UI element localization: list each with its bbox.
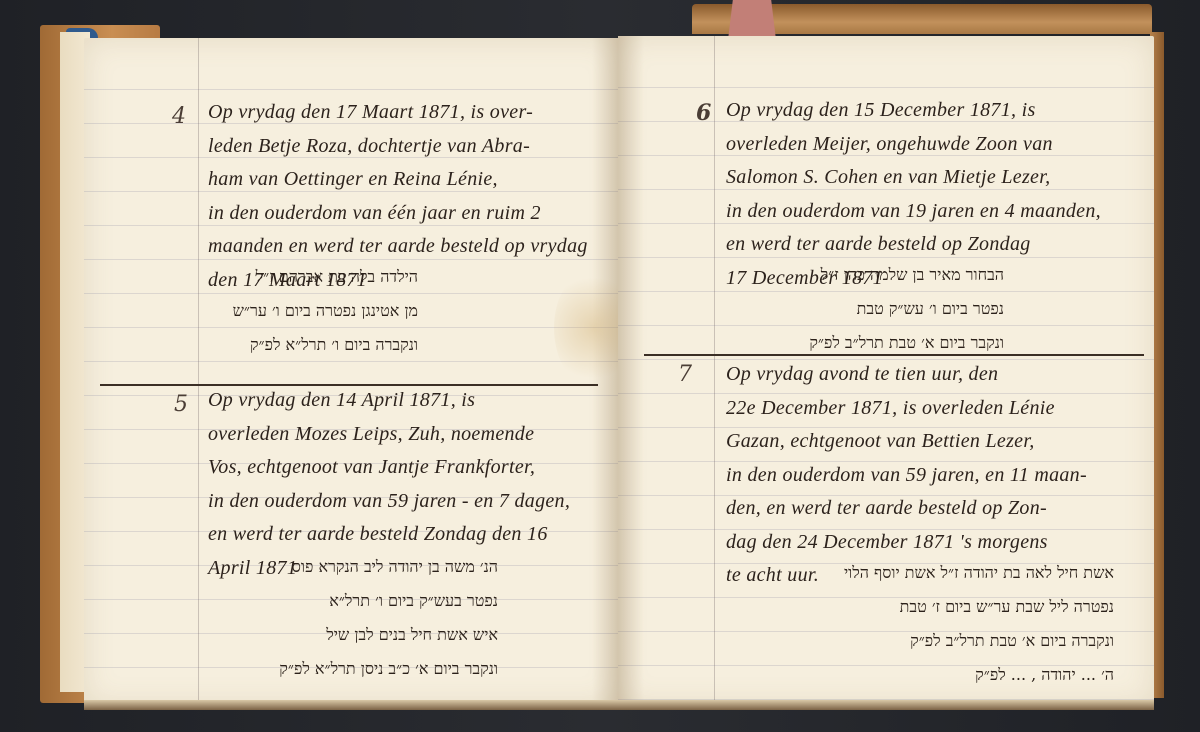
- hebrew-annotation: הבחור מאיר בן שלמה כהן ז״ל נפטר ביום ו׳ …: [809, 258, 1004, 360]
- entry-number: 4: [172, 104, 186, 129]
- hebrew-line: הבחור מאיר בן שלמה כהן ז״ל: [809, 258, 1004, 292]
- left-page: 4 Op vrydag den 17 Maart 1871, is over- …: [84, 38, 618, 706]
- entry-line: en werd ter aarde besteld Zondag den 16: [208, 518, 570, 552]
- entry-line: Vos, echtgenoot van Jantje Frankforter,: [208, 451, 570, 485]
- entry-line: Salomon S. Cohen en van Mietje Lezer,: [726, 161, 1101, 195]
- entry-line: overleden Meijer, ongehuwde Zoon van: [726, 128, 1101, 162]
- hebrew-annotation: הנ׳ משה בן יהודה ליב הנקרא פוס נפטר בעש״…: [279, 550, 498, 686]
- entry-line: in den ouderdom van 59 jaren - en 7 dage…: [208, 485, 570, 519]
- hebrew-line: אשת חיל לאה בת יהודה ז״ל אשת יוסף הלוי: [844, 556, 1114, 590]
- right-page: 6 Op vrydag den 15 December 1871, is ove…: [618, 36, 1154, 706]
- gutter-shadow: [618, 36, 644, 706]
- hebrew-line: ונקברה ביום א׳ טבת תרל״ב לפ״ק: [844, 624, 1114, 658]
- margin-line: [198, 38, 199, 706]
- hebrew-line: הילדה בלה בת אברהם ז״ל: [233, 260, 418, 294]
- entry-line: leden Betje Roza, dochtertje van Abra-: [208, 130, 588, 164]
- hebrew-line: ה׳ ... יהודה , ... לפ״ק: [844, 658, 1114, 692]
- entry-number: 6: [696, 100, 711, 126]
- hebrew-line: נפטר בעש״ק ביום ו׳ תרל״א: [279, 584, 498, 618]
- entry-line: Gazan, echtgenoot van Bettien Lezer,: [726, 425, 1087, 459]
- entry-line: 22e December 1871, is overleden Lénie: [726, 392, 1087, 426]
- entry-line: overleden Mozes Leips, Zuh, noemende: [208, 418, 570, 452]
- hebrew-line: ונקבר ביום א׳ כ״ב ניסן תרל״א לפ״ק: [279, 652, 498, 686]
- hebrew-line: איש אשת חיל בנים לבן שיל: [279, 618, 498, 652]
- hebrew-line: ונקברה ביום ו׳ תרל״א לפ״ק: [233, 328, 418, 362]
- entry-line: Op vrydag avond te tien uur, den: [726, 358, 1087, 392]
- entry-line: in den ouderdom van één jaar en ruim 2: [208, 197, 588, 231]
- entry-number: 5: [174, 392, 188, 417]
- entry-line: den, en werd ter aarde besteld op Zon-: [726, 492, 1087, 526]
- bookmark-ribbon: [728, 0, 776, 40]
- hebrew-annotation: אשת חיל לאה בת יהודה ז״ל אשת יוסף הלוי נ…: [844, 556, 1114, 692]
- entry-line: dag den 24 December 1871 's morgens: [726, 526, 1087, 560]
- entry-line: in den ouderdom van 59 jaren, en 11 maan…: [726, 459, 1087, 493]
- hebrew-line: נפטר ביום ו׳ עש״ק טבת: [809, 292, 1004, 326]
- hebrew-annotation: הילדה בלה בת אברהם ז״ל מן אטינגן נפטרה ב…: [233, 260, 418, 362]
- hebrew-line: נפטרה ליל שבת ער״ש ביום ז׳ טבת: [844, 590, 1114, 624]
- entry-line: Op vrydag den 15 December 1871, is: [726, 94, 1101, 128]
- hebrew-line: מן אטינגן נפטרה ביום ו׳ ער״ש: [233, 294, 418, 328]
- entry-line: ham van Oettinger en Reina Lénie,: [208, 163, 588, 197]
- margin-line: [714, 36, 715, 706]
- entry-line: maanden en werd ter aarde besteld op vry…: [208, 230, 588, 264]
- entry-line: Op vrydag den 14 April 1871, is: [208, 384, 570, 418]
- page-bottom-edge: [84, 700, 1154, 710]
- entry-divider: [644, 354, 1144, 356]
- entry-line: in den ouderdom van 19 jaren en 4 maande…: [726, 195, 1101, 229]
- entry-number: 7: [678, 362, 692, 387]
- hebrew-line: הנ׳ משה בן יהודה ליב הנקרא פוס: [279, 550, 498, 584]
- entry-line: en werd ter aarde besteld op Zondag: [726, 228, 1101, 262]
- entry-line: Op vrydag den 17 Maart 1871, is over-: [208, 96, 588, 130]
